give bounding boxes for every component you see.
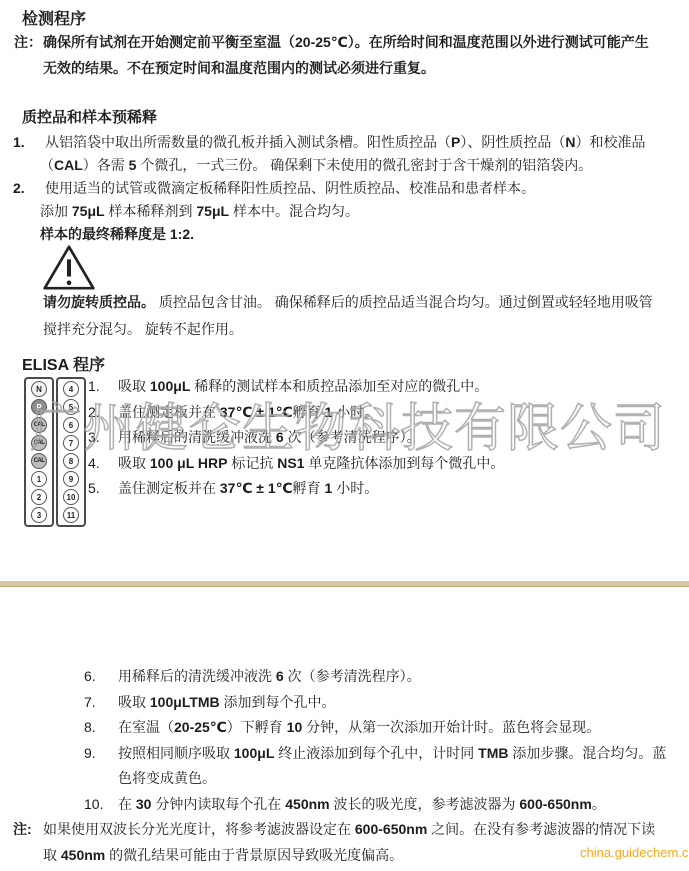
plate-strip-right: 4567891011 — [56, 377, 86, 527]
plate-well-8: 8 — [63, 453, 79, 469]
plate-well-11: 11 — [63, 507, 79, 523]
qc-item-list: 1. 从铝箔袋中取出所需数量的微孔板并插入测试条槽。阳性质控品（P）、阴性质控品… — [13, 131, 678, 246]
warning-triangle-icon — [42, 244, 96, 291]
plate-well-n: N — [31, 381, 47, 397]
step-number: 6. — [84, 664, 118, 690]
step-line: 用稀释后的清洗缓冲液洗 6 次（参考清洗程序）。 — [118, 664, 684, 690]
plate-well-10: 10 — [63, 489, 79, 505]
step-number: 5. — [88, 476, 118, 502]
step-text: 按照相同顺序吸取 100μL 终止液添加到每个孔中，计时同 TMB 添加步骤。混… — [118, 741, 684, 792]
note-bottom-label: 注: — [13, 816, 32, 842]
procedure-step: 2.盖住测定板并在 37℃ ± 1℃孵育 1 小时。 — [88, 400, 668, 426]
list-item-number: 1. — [13, 131, 40, 177]
procedure-step: 5.盖住测定板并在 37℃ ± 1℃孵育 1 小时。 — [88, 476, 668, 502]
note-bottom-line: 如果使用双波长分光光度计，将参考滤波器设定在 600-650nm 之间。在没有参… — [43, 816, 683, 842]
warning-text: 请勿旋转质控品。 质控品包含甘油。 确保稀释后的质控品适当混合均匀。通过倒置或轻… — [43, 289, 678, 343]
section-heading-qc: 质控品和样本预稀释 — [22, 106, 157, 127]
plate-well-4: 4 — [63, 381, 79, 397]
step-line: 用稀释后的清洗缓冲液洗 6 次（参考清洗程序）。 — [118, 425, 668, 451]
note-top-line: 确保所有试剂在开始测定前平衡至室温（20-25℃）。在所给时间和温度范围以外进行… — [43, 29, 683, 55]
step-line: 盖住测定板并在 37℃ ± 1℃孵育 1 小时。 — [118, 400, 668, 426]
plate-well-3: 3 — [31, 507, 47, 523]
qc-item-2: 2. 使用适当的试管或微滴定板稀释阳性质控品、阴性质控品、校准品和患者样本。 添… — [13, 177, 678, 246]
list-item-text: 使用适当的试管或微滴定板稀释阳性质控品、阴性质控品、校准品和患者样本。 添加 7… — [40, 177, 678, 246]
qc-item-line: （CAL）各需 5 个微孔，一式三份。 确保剩下未使用的微孔密封于含干燥剂的铝箔… — [40, 154, 678, 177]
note-top: 确保所有试剂在开始测定前平衡至室温（20-25℃）。在所给时间和温度范围以外进行… — [43, 29, 683, 81]
step-number: 4. — [88, 451, 118, 477]
plate-well-9: 9 — [63, 471, 79, 487]
step-line: 在 30 分钟内读取每个孔在 450nm 波长的吸光度，参考滤波器为 600-6… — [118, 792, 684, 818]
note-top-line: 无效的结果。不在预定时间和温度范围内的测试必须进行重复。 — [43, 55, 683, 81]
plate-well-p: P — [31, 399, 47, 415]
plate-well-5: 5 — [63, 399, 79, 415]
step-line: 吸取 100 μL HRP 标记抗 NS1 单克隆抗体添加到每个微孔中。 — [118, 451, 668, 477]
list-item-text: 从铝箔袋中取出所需数量的微孔板并插入测试条槽。阳性质控品（P）、阴性质控品（N）… — [40, 131, 678, 177]
plate-well-cal: CAL — [31, 453, 47, 469]
plate-well-cal: CAL — [31, 417, 47, 433]
procedure-step: 10.在 30 分钟内读取每个孔在 450nm 波长的吸光度，参考滤波器为 60… — [84, 792, 684, 818]
elisa-steps-list: 1.吸取 100μL 稀释的测试样本和质控品添加至对应的微孔中。2.盖住测定板并… — [88, 374, 668, 502]
section-divider — [0, 581, 689, 587]
document-page: 检测程序 注： 确保所有试剂在开始测定前平衡至室温（20-25℃）。在所给时间和… — [0, 0, 689, 871]
elisa-steps-continued-list: 6.用稀释后的清洗缓冲液洗 6 次（参考清洗程序）。7.吸取 100μLTMB … — [84, 664, 684, 817]
step-number: 3. — [88, 425, 118, 451]
list-item-number: 2. — [13, 177, 40, 246]
note-bottom: 如果使用双波长分光光度计，将参考滤波器设定在 600-650nm 之间。在没有参… — [43, 816, 683, 868]
qc-item-line: 使用适当的试管或微滴定板稀释阳性质控品、阴性质控品、校准品和患者样本。 — [40, 177, 678, 200]
step-number: 8. — [84, 715, 118, 741]
warning-line: 请勿旋转质控品。 质控品包含甘油。 确保稀释后的质控品适当混合均匀。通过倒置或轻… — [43, 289, 678, 316]
step-text: 用稀释后的清洗缓冲液洗 6 次（参考清洗程序）。 — [118, 425, 668, 451]
step-text: 吸取 100μLTMB 添加到每个孔中。 — [118, 690, 684, 716]
plate-well-1: 1 — [31, 471, 47, 487]
step-line: 在室温（20-25℃）下孵育 10 分钟，从第一次添加开始计时。蓝色将会显现。 — [118, 715, 684, 741]
qc-item-line: 从铝箔袋中取出所需数量的微孔板并插入测试条槽。阳性质控品（P）、阴性质控品（N）… — [40, 131, 678, 154]
page-title: 检测程序 — [22, 6, 86, 29]
procedure-step: 3.用稀释后的清洗缓冲液洗 6 次（参考清洗程序）。 — [88, 425, 668, 451]
step-text: 盖住测定板并在 37℃ ± 1℃孵育 1 小时。 — [118, 400, 668, 426]
step-number: 1. — [88, 374, 118, 400]
guidechem-brand-mark: china.guidechem.c — [580, 845, 688, 860]
step-line: 色将变成黄色。 — [118, 766, 684, 792]
plate-well-6: 6 — [63, 417, 79, 433]
step-number: 9. — [84, 741, 118, 792]
warning-line: 搅拌充分混匀。 旋转不起作用。 — [43, 316, 678, 343]
procedure-step: 4.吸取 100 μL HRP 标记抗 NS1 单克隆抗体添加到每个微孔中。 — [88, 451, 668, 477]
section-heading-elisa: ELISA 程序 — [22, 352, 105, 375]
step-text: 盖住测定板并在 37℃ ± 1℃孵育 1 小时。 — [118, 476, 668, 502]
procedure-step: 8.在室温（20-25℃）下孵育 10 分钟，从第一次添加开始计时。蓝色将会显现… — [84, 715, 684, 741]
step-line: 盖住测定板并在 37℃ ± 1℃孵育 1 小时。 — [118, 476, 668, 502]
step-text: 在室温（20-25℃）下孵育 10 分钟，从第一次添加开始计时。蓝色将会显现。 — [118, 715, 684, 741]
plate-strip-left: NPCALCALCAL123 — [24, 377, 54, 527]
procedure-step: 6.用稀释后的清洗缓冲液洗 6 次（参考清洗程序）。 — [84, 664, 684, 690]
plate-well-cal: CAL — [31, 435, 47, 451]
step-line: 按照相同顺序吸取 100μL 终止液添加到每个孔中，计时同 TMB 添加步骤。混… — [118, 741, 684, 767]
step-number: 7. — [84, 690, 118, 716]
microplate-diagram: NPCALCALCAL123 4567891011 — [24, 377, 86, 527]
step-number: 2. — [88, 400, 118, 426]
step-text: 在 30 分钟内读取每个孔在 450nm 波长的吸光度，参考滤波器为 600-6… — [118, 792, 684, 818]
step-text: 吸取 100μL 稀释的测试样本和质控品添加至对应的微孔中。 — [118, 374, 668, 400]
note-top-label: 注： — [14, 29, 42, 55]
qc-item-line: 样本的最终稀释度是 1:2. — [40, 223, 678, 246]
qc-item-line: 添加 75μL 样本稀释剂到 75μL 样本中。混合均匀。 — [40, 200, 678, 223]
step-line: 吸取 100μLTMB 添加到每个孔中。 — [118, 690, 684, 716]
plate-well-2: 2 — [31, 489, 47, 505]
procedure-step: 1.吸取 100μL 稀释的测试样本和质控品添加至对应的微孔中。 — [88, 374, 668, 400]
procedure-step: 9.按照相同顺序吸取 100μL 终止液添加到每个孔中，计时同 TMB 添加步骤… — [84, 741, 684, 792]
qc-item-1: 1. 从铝箔袋中取出所需数量的微孔板并插入测试条槽。阳性质控品（P）、阴性质控品… — [13, 131, 678, 177]
procedure-step: 7.吸取 100μLTMB 添加到每个孔中。 — [84, 690, 684, 716]
step-text: 吸取 100 μL HRP 标记抗 NS1 单克隆抗体添加到每个微孔中。 — [118, 451, 668, 477]
step-text: 用稀释后的清洗缓冲液洗 6 次（参考清洗程序）。 — [118, 664, 684, 690]
step-line: 吸取 100μL 稀释的测试样本和质控品添加至对应的微孔中。 — [118, 374, 668, 400]
plate-well-7: 7 — [63, 435, 79, 451]
step-number: 10. — [84, 792, 118, 818]
